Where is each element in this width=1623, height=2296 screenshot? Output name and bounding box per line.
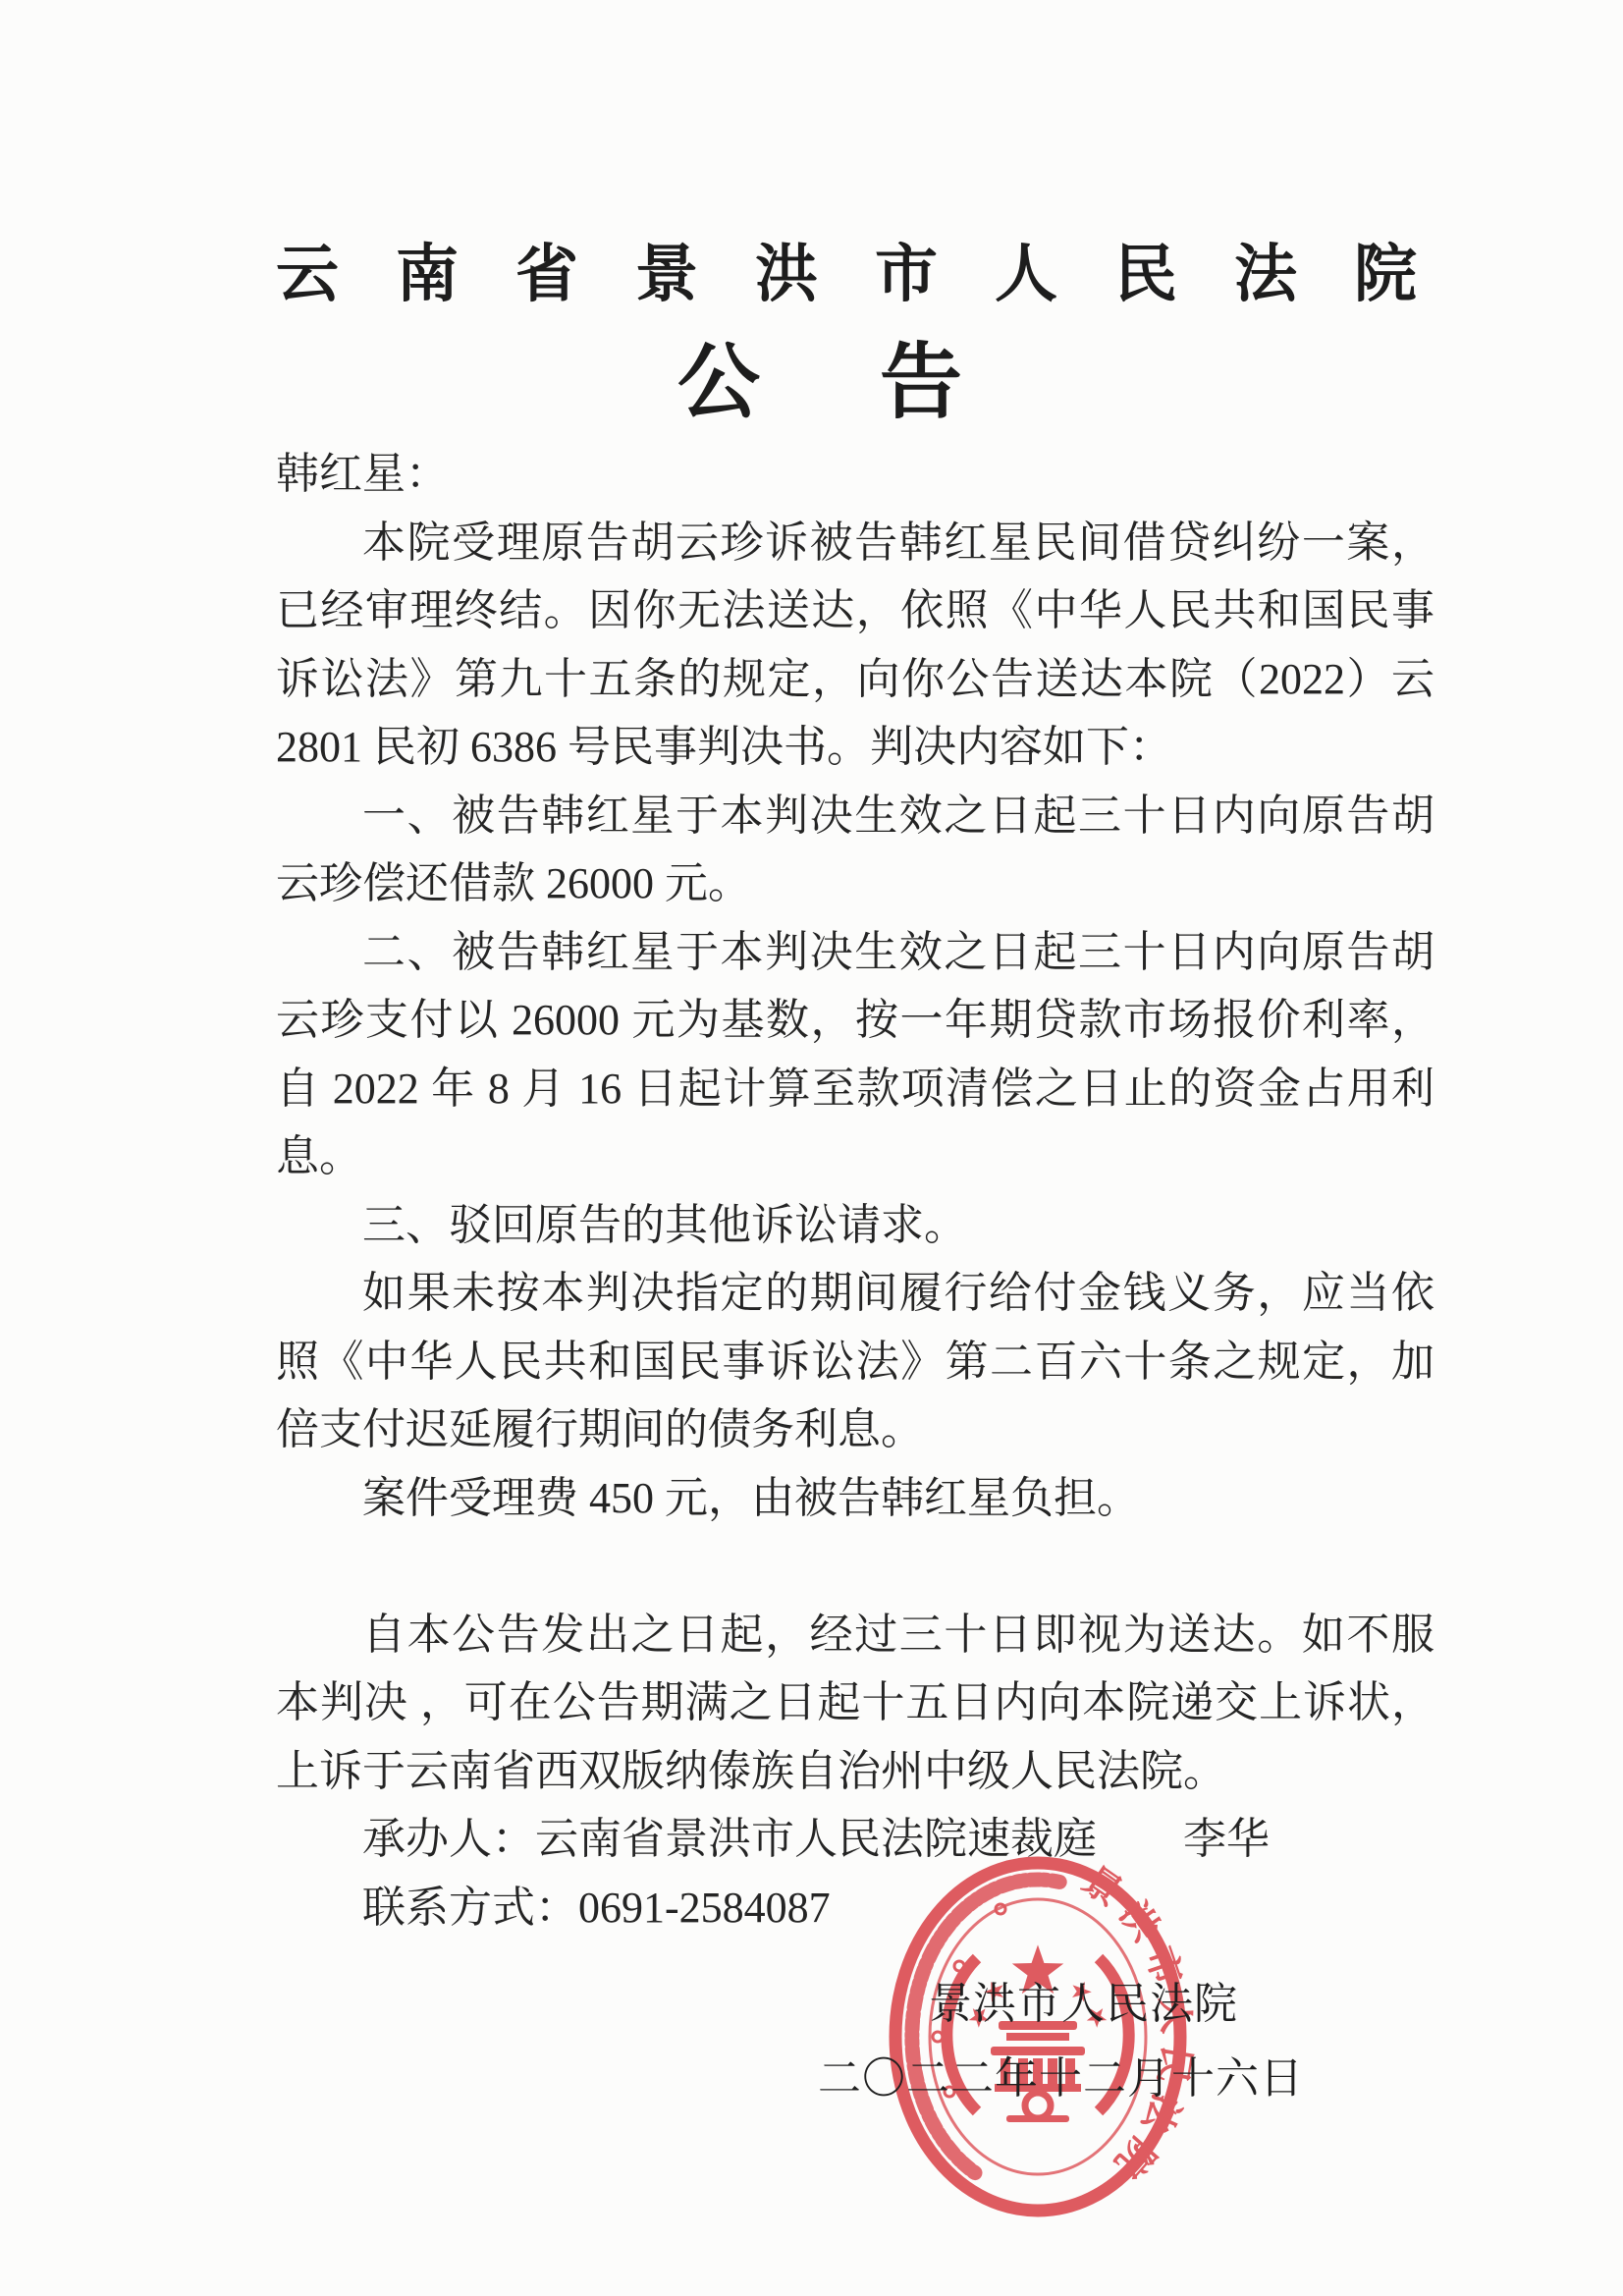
court-notice-page: 云南省景洪市人民法院 公告 韩红星： 本院受理原告胡云珍诉被告韩红星民间借贷纠纷…	[0, 0, 1623, 2296]
court-title: 云南省景洪市人民法院	[276, 224, 1474, 314]
body-text: 韩红星： 本院受理原告胡云珍诉被告韩红星民间借贷纠纷一案， 已经审理终结。因你无…	[276, 440, 1434, 1941]
body-line: 自本公告发出之日起，经过三十日即视为送达。如不服	[276, 1601, 1434, 1669]
body-line: 云珍偿还借款 26000 元。	[276, 849, 1434, 918]
body-line: 本判决 ，可在公告期满之日起十五日内向本院递交上诉状，	[276, 1668, 1434, 1737]
official-seal: 景洪市人民法院	[881, 1848, 1195, 2225]
salutation-line: 韩红星：	[276, 440, 1434, 509]
body-line: 二、被告韩红星于本判决生效之日起三十日内向原告胡	[276, 918, 1434, 987]
body-line: 三、驳回原告的其他诉讼请求。	[276, 1191, 1434, 1260]
signature-date: 二〇二二年十二月十六日	[818, 2043, 1304, 2105]
ribbon-icon	[1006, 2115, 1069, 2122]
blank-line	[276, 1532, 1434, 1601]
body-line: 照《中华人民共和国民事诉讼法》第二百六十条之规定，加	[276, 1328, 1434, 1396]
body-line: 已经审理终结。因你无法送达，依照《中华人民共和国民事	[276, 576, 1434, 645]
notice-heading: 公告	[677, 316, 1082, 435]
contact-phone-line: 联系方式：0691-2584087	[276, 1874, 1434, 1942]
body-line: 如果未按本判决指定的期间履行给付金钱义务，应当依	[276, 1259, 1434, 1328]
body-line: 案件受理费 450 元，由被告韩红星负担。	[276, 1464, 1434, 1533]
body-line: 息。	[276, 1122, 1434, 1191]
body-line: 一、被告韩红星于本判决生效之日起三十日内向原告胡	[276, 782, 1434, 850]
contact-person-line: 承办人：云南省景洪市人民法院速裁庭 李华	[276, 1805, 1434, 1874]
body-line: 自 2022 年 8 月 16 日起计算至款项清偿之日止的资金占用利	[276, 1055, 1434, 1123]
signature-court-name: 景洪市人民法院	[929, 1968, 1238, 2031]
body-line: 倍支付迟延履行期间的债务利息。	[276, 1395, 1434, 1464]
body-line: 上诉于云南省西双版纳傣族自治州中级人民法院。	[276, 1737, 1434, 1806]
body-line: 本院受理原告胡云珍诉被告韩红星民间借贷纠纷一案，	[276, 509, 1434, 577]
body-line: 2801 民初 6386 号民事判决书。判决内容如下：	[276, 713, 1434, 782]
body-line: 云珍支付以 26000 元为基数，按一年期贷款市场报价利率，	[276, 986, 1434, 1055]
body-line: 诉讼法》第九十五条的规定，向你公告送达本院（2022）云	[276, 645, 1434, 714]
